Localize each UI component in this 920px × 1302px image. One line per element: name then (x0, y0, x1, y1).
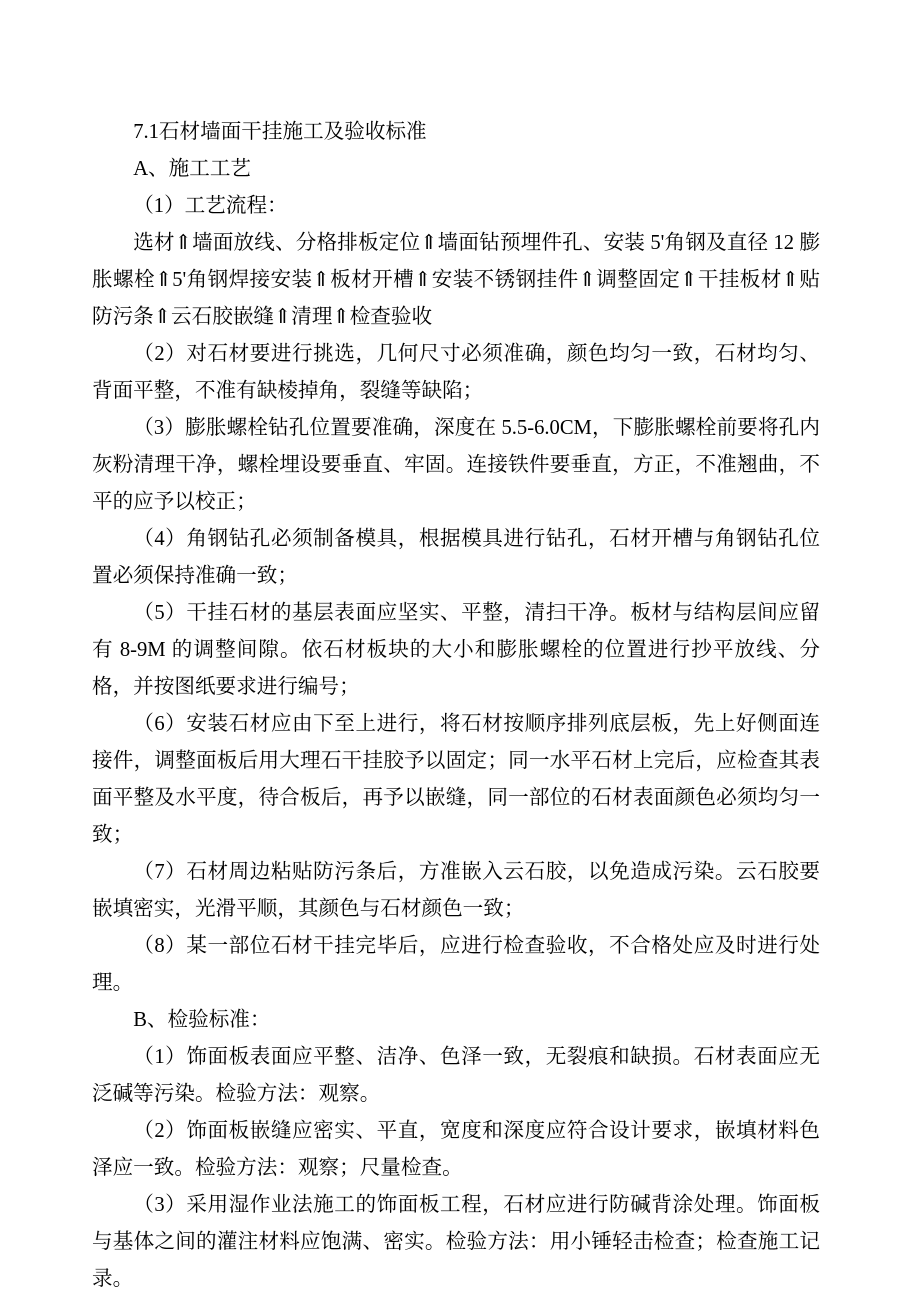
section-b-item-1: （1）饰面板表面应平整、洁净、色泽一致，无裂痕和缺损。石材表面应无泛碱等污染。检… (92, 1039, 820, 1113)
process-flow-text: 选材⇑墙面放线、分格排板定位⇑墙面钻预埋件孔、安装 5'角钢及直径 12 膨胀螺… (92, 225, 820, 336)
document-page: 7.1石材墙面干挂施工及验收标准 A、施工工艺 （1）工艺流程： 选材⇑墙面放线… (0, 0, 920, 1302)
section-a-label: A、施工工艺 (92, 151, 820, 188)
process-flow-title: （1）工艺流程： (92, 188, 820, 225)
section-a-item-3: （3）膨胀螺栓钻孔位置要准确，深度在 5.5-6.0CM，下膨胀螺栓前要将孔内灰… (92, 410, 820, 521)
doc-heading: 7.1石材墙面干挂施工及验收标准 (92, 114, 820, 151)
section-b-label: B、检验标准： (92, 1002, 820, 1039)
section-a-item-4: （4）角钢钻孔必须制备模具，根据模具进行钻孔，石材开槽与角钢钻孔位置必须保持准确… (92, 521, 820, 595)
section-a-item-8: （8）某一部位石材干挂完毕后，应进行检查验收，不合格处应及时进行处理。 (92, 928, 820, 1002)
section-b-item-3: （3）采用湿作业法施工的饰面板工程，石材应进行防碱背涂处理。饰面板与基体之间的灌… (92, 1187, 820, 1298)
section-a-item-6: （6）安装石材应由下至上进行，将石材按顺序排列底层板，先上好侧面连接件，调整面板… (92, 706, 820, 854)
section-a-item-2: （2）对石材要进行挑选，几何尺寸必须准确，颜色均匀一致，石材均匀、背面平整，不准… (92, 336, 820, 410)
section-a-item-5: （5）干挂石材的基层表面应坚实、平整，清扫干净。板材与结构层间应留有 8-9M … (92, 595, 820, 706)
section-a-item-7: （7）石材周边粘贴防污条后，方准嵌入云石胶，以免造成污染。云石胶要嵌填密实，光滑… (92, 854, 820, 928)
section-b-item-2: （2）饰面板嵌缝应密实、平直，宽度和深度应符合设计要求，嵌填材料色泽应一致。检验… (92, 1113, 820, 1187)
